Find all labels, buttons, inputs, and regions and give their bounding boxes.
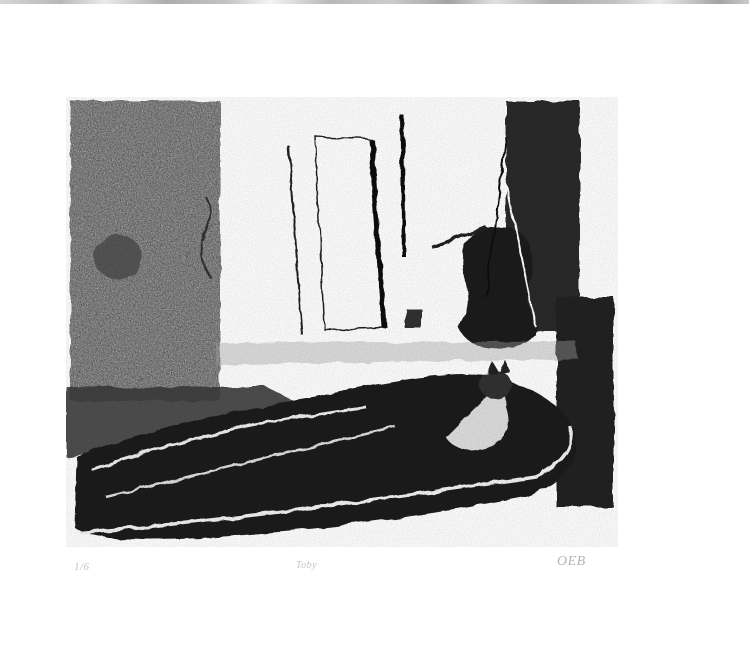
print-image: [66, 97, 618, 547]
artist-signature: OEB: [557, 554, 586, 570]
edition-number: 1/6: [74, 561, 90, 573]
artwork-title: Toby: [296, 560, 317, 571]
paper-top-edge: [0, 0, 749, 4]
lithograph-print: [66, 97, 618, 547]
